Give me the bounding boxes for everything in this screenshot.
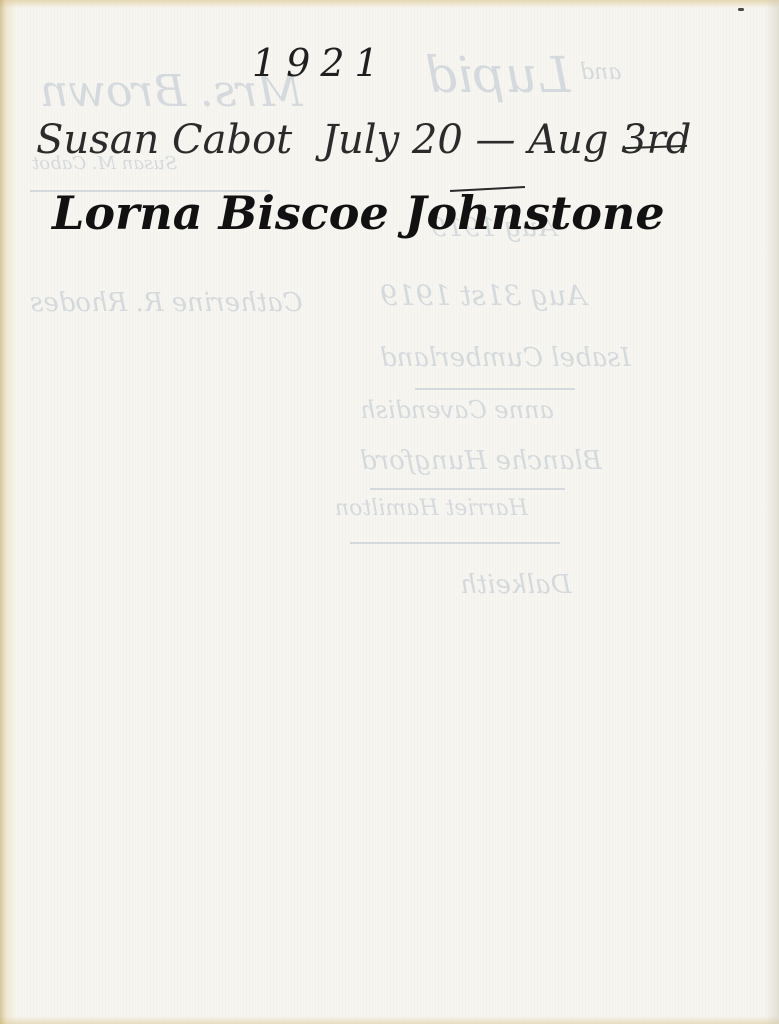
bleed-through-column-item: Dalkeith	[460, 572, 571, 598]
entry-lorna-johnstone-name: Lorna Biscoe Johnstone	[52, 190, 665, 236]
bleed-through-column-rule	[415, 388, 575, 390]
bleed-through-column-rule	[370, 488, 565, 490]
bleed-through-right-top-small: and	[580, 62, 621, 84]
bleed-through-column-rule	[350, 542, 560, 544]
entry-susan-cabot-dates: July 20 — Aug 3rd	[322, 120, 691, 160]
bleed-through-column-item: Isabel Cumberland	[380, 345, 631, 371]
bleed-through-column-item: Harriet Hamilton	[335, 498, 528, 520]
ink-speck	[738, 8, 744, 11]
entry-year: 1921	[252, 44, 389, 82]
entry-susan-cabot-name: Susan Cabot	[36, 120, 292, 160]
guestbook-page: Mrs. Brown Lupid and Susan M. Cabot Aug …	[0, 0, 779, 1024]
bleed-through-left-lower: Catherine R. Rhodes	[30, 290, 303, 316]
bleed-through-column-item: Blanche Hungford	[360, 448, 602, 474]
bleed-through-right-top: Lupid	[425, 50, 570, 100]
bleed-through-column-item: anne Cavendish	[360, 398, 554, 422]
bleed-through-right-lower: Aug 31st 1919	[380, 282, 587, 310]
